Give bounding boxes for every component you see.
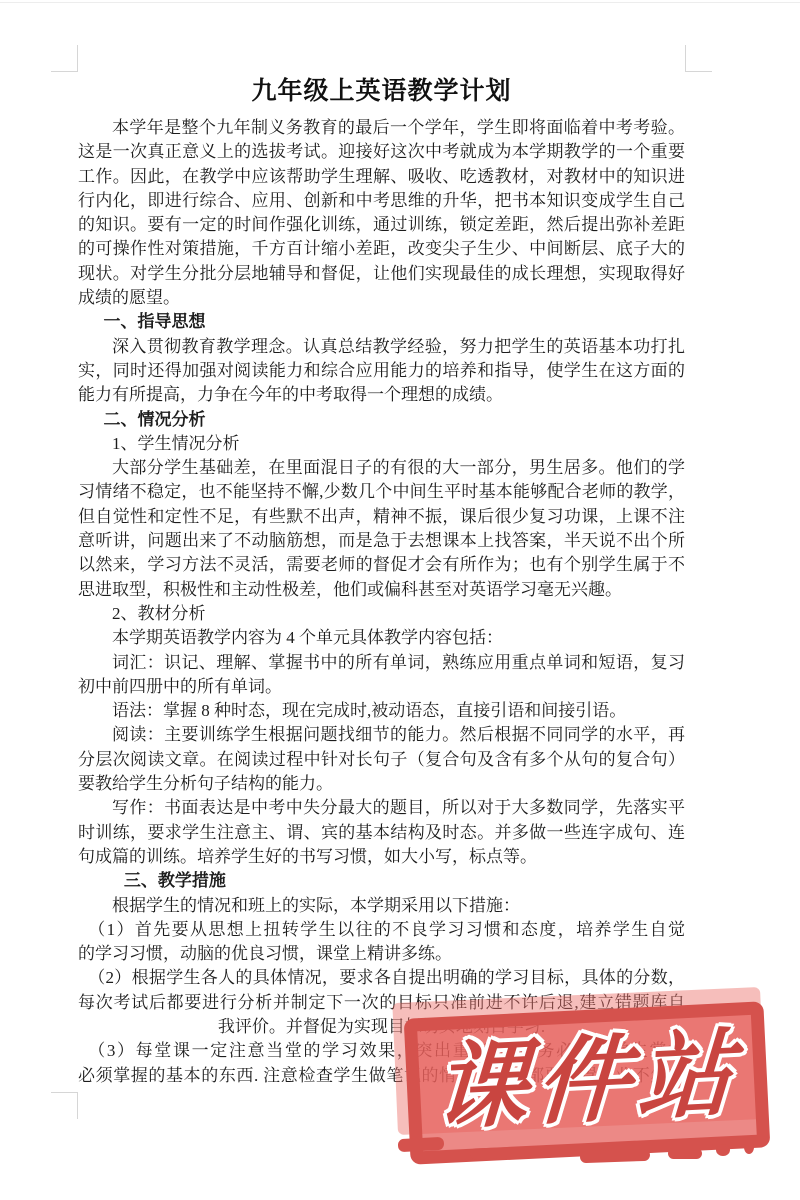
text-line: 成绩的愿望。 (78, 286, 685, 310)
text-line: 但自觉性和定性不足，有些默不出声，精神不振，课后很少复习功课，上课不注 (78, 505, 685, 529)
text-line: 阅读：主要训练学生根据问题找细节的能力。然后根据不同同学的水平，再 (78, 723, 685, 747)
text-line: 写作：书面表达是中考中失分最大的题目，所以对于大多数同学，先落实平 (78, 796, 685, 820)
section-heading: 二、情况分析 (78, 408, 685, 432)
text-line: 根据学生的情况和班上的实际，本学期采用以下措施： (78, 894, 685, 918)
section-heading: 三、教学措施 (78, 869, 685, 893)
text-line: 的学习习惯，动脑的优良习惯，课堂上精讲多练。 (78, 942, 685, 966)
text-line: 实，同时还得加强对阅读能力和综合应用能力的培养和指导，使学生在这方面的 (78, 359, 685, 383)
stamp-ink-blob (744, 1140, 754, 1154)
text-line: 意听讲，问题出来了不动脑筋想，而是急于去想课本上找答案，半天说不出个所 (78, 529, 685, 553)
text-line: 要教给学生分析句子结构的能力。 (78, 772, 685, 796)
text-line: 行内化，即进行综合、应用、创新和中考思维的升华，把书本知识变成学生自己 (78, 189, 685, 213)
text-line: 能力有所提高，力争在今年的中考取得一个理想的成绩。 (78, 383, 685, 407)
stamp-ink-blob (580, 1149, 650, 1163)
text-line: 习情绪不稳定，也不能坚持不懈,少数几个中间生平时基本能够配合老师的教学， (78, 480, 685, 504)
text-line: 深入贯彻教育教学理念。认真总结教学经验，努力把学生的英语基本功打扎 (78, 335, 685, 359)
page-edge-line (0, 2, 800, 3)
text-line: 现状。对学生分批分层地辅导和督促，让他们实现最佳的成长理想，实现取得好 (78, 262, 685, 286)
margin-corner-mark (685, 45, 712, 72)
text-line: 2、教材分析 (78, 602, 685, 626)
document-title: 九年级上英语教学计划 (78, 72, 685, 112)
section-heading: 一、指导思想 (78, 310, 685, 334)
text-line: 句成篇的训练。培养学生好的书写习惯，如大小写，标点等。 (78, 845, 685, 869)
stamp-label: 课件站 (432, 1026, 743, 1135)
document-body: 九年级上英语教学计划本学年是整个九年制义务教育的最后一个学年，学生即将面临着中考… (78, 72, 685, 1088)
kejianzhan-stamp: 课件站 (404, 1001, 771, 1164)
text-line: （1）首先要从思想上扭转学生以往的不良学习习惯和态度，培养学生自觉 (78, 918, 685, 942)
text-line: 本学期英语教学内容为 4 个单元具体教学内容包括： (78, 626, 685, 650)
stamp-ink-blob (668, 1148, 702, 1159)
text-line: 词汇：识记、理解、掌握书中的所有单词，熟练应用重点单词和短语，复习 (78, 651, 685, 675)
text-line: 的知识。要有一定的时间作强化训练，通过训练，锁定差距，然后提出弥补差距 (78, 213, 685, 237)
text-line: 这是一次真正意义上的选拔考试。迎接好这次中考就成为本学期教学的一个重要 (78, 140, 685, 164)
text-line: 分层次阅读文章。在阅读过程中针对长句子（复合句及含有多个从句的复合句） (78, 748, 685, 772)
text-line: 思进取型，积极性和主动性极差，他们或偏科甚至对英语学习毫无兴趣。 (78, 578, 685, 602)
text-line: 大部分学生基础差，在里面混日子的有很的大一部分，男生居多。他们的学 (78, 456, 685, 480)
text-line: 1、学生情况分析 (78, 432, 685, 456)
stamp-ink-blob (398, 1137, 445, 1152)
margin-corner-mark (51, 1092, 78, 1119)
text-line: 本学年是整个九年制义务教育的最后一个学年，学生即将面临着中考考验。 (78, 116, 685, 140)
text-line: 初中前四册中的所有单词。 (78, 675, 685, 699)
text-line: 时训练，要求学生注意主、谓、宾的基本结构及时态。并多做一些连字成句、连 (78, 821, 685, 845)
text-line: 语法：掌握 8 种时态，现在完成时,被动语态，直接引语和间接引语。 (78, 699, 685, 723)
text-line: 工作。因此，在教学中应该帮助学生理解、吸收、吃透教材，对教材中的知识进 (78, 165, 685, 189)
text-line: 的可操作性对策措施，千方百计缩小差距，改变尖子生少、中间断层、底子大的 (78, 237, 685, 261)
stamp-ink-blob (716, 1144, 730, 1156)
text-line: 以然来，学习方法不灵活，需要老师的督促才会有所作为；也有个别学生属于不 (78, 553, 685, 577)
document-page: 九年级上英语教学计划本学年是整个九年制义务教育的最后一个学年，学生即将面临着中考… (0, 0, 800, 1200)
margin-corner-mark (51, 45, 78, 72)
text-line: （2）根据学生各人的具体情况，要求各自提出明确的学习目标，具体的分数， (78, 966, 685, 990)
